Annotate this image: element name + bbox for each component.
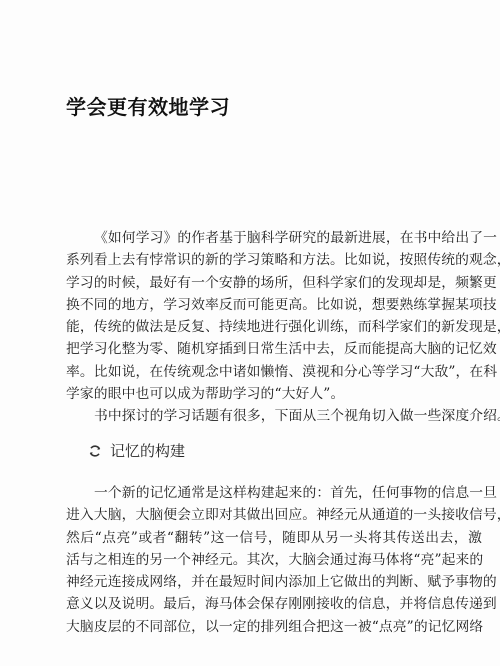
- document-page: 学会更有效地学习 《如何学习》的作者基于脑科学研究的最新进展，在书中给出了一 系…: [0, 0, 500, 666]
- text-line: 能，传统的做法是反复、持续地进行强化训练，而科学家们的新发现是，: [66, 316, 482, 338]
- section-body-paragraph: 一个新的记忆通常是这样构建起来的：首先，任何事物的信息一旦 进入大脑，大脑便会立…: [66, 482, 482, 638]
- page-title: 学会更有效地学习: [66, 91, 230, 120]
- text-line: 神经元连接成网络，并在最短时间内添加上它做出的判断、赋予事物的: [66, 571, 482, 593]
- text-line: 系列看上去有悖常识的新的学习策略和方法。比如说，按照传统的观念，: [66, 249, 482, 271]
- text-line: 一个新的记忆通常是这样构建起来的：首先，任何事物的信息一旦: [66, 482, 482, 504]
- text-line: 《如何学习》的作者基于脑科学研究的最新进展，在书中给出了一: [66, 227, 482, 249]
- text-line: 率。比如说，在传统观念中诸如懒惰、漠视和分心等学习“大敌”，在科: [66, 361, 482, 383]
- text-line: 意义以及说明。最后，海马体会保存刚刚接收的信息，并将信息传递到: [66, 593, 482, 615]
- text-line: 学家的眼中也可以成为帮助学习的“大好人”。: [66, 383, 482, 405]
- text-line: 活与之相连的另一个神经元。其次，大脑会通过海马体将“亮”起来的: [66, 549, 482, 571]
- text-line: 大脑皮层的不同部位，以一定的排列组合把这一被“点亮”的记忆网络: [66, 616, 482, 638]
- cycle-icon: [88, 444, 102, 458]
- text-line: 换不同的地方，学习效率反而可能更高。比如说，想要熟练掌握某项技: [66, 294, 482, 316]
- text-line: 然后“点亮”或者“翻转”这一信号，随即从另一头将其传送出去，激: [66, 527, 482, 549]
- text-line: 进入大脑，大脑便会立即对其做出回应。神经元从通道的一头接收信号，: [66, 504, 482, 526]
- intro-paragraph: 《如何学习》的作者基于脑科学研究的最新进展，在书中给出了一 系列看上去有悖常识的…: [66, 227, 482, 428]
- transition-paragraph: 书中探讨的学习话题有很多，下面从三个视角切入做一些深度介绍。: [66, 405, 482, 427]
- text-line: 学习的时候，最好有一个安静的场所，但科学家们的发现却是，频繁更: [66, 272, 482, 294]
- section-heading-memory-construction: 记忆的构建: [88, 440, 185, 461]
- text-line: 把学习化整为零、随机穿插到日常生活中去，反而能提高大脑的记忆效: [66, 338, 482, 360]
- section-heading-text: 记忆的构建: [110, 440, 185, 461]
